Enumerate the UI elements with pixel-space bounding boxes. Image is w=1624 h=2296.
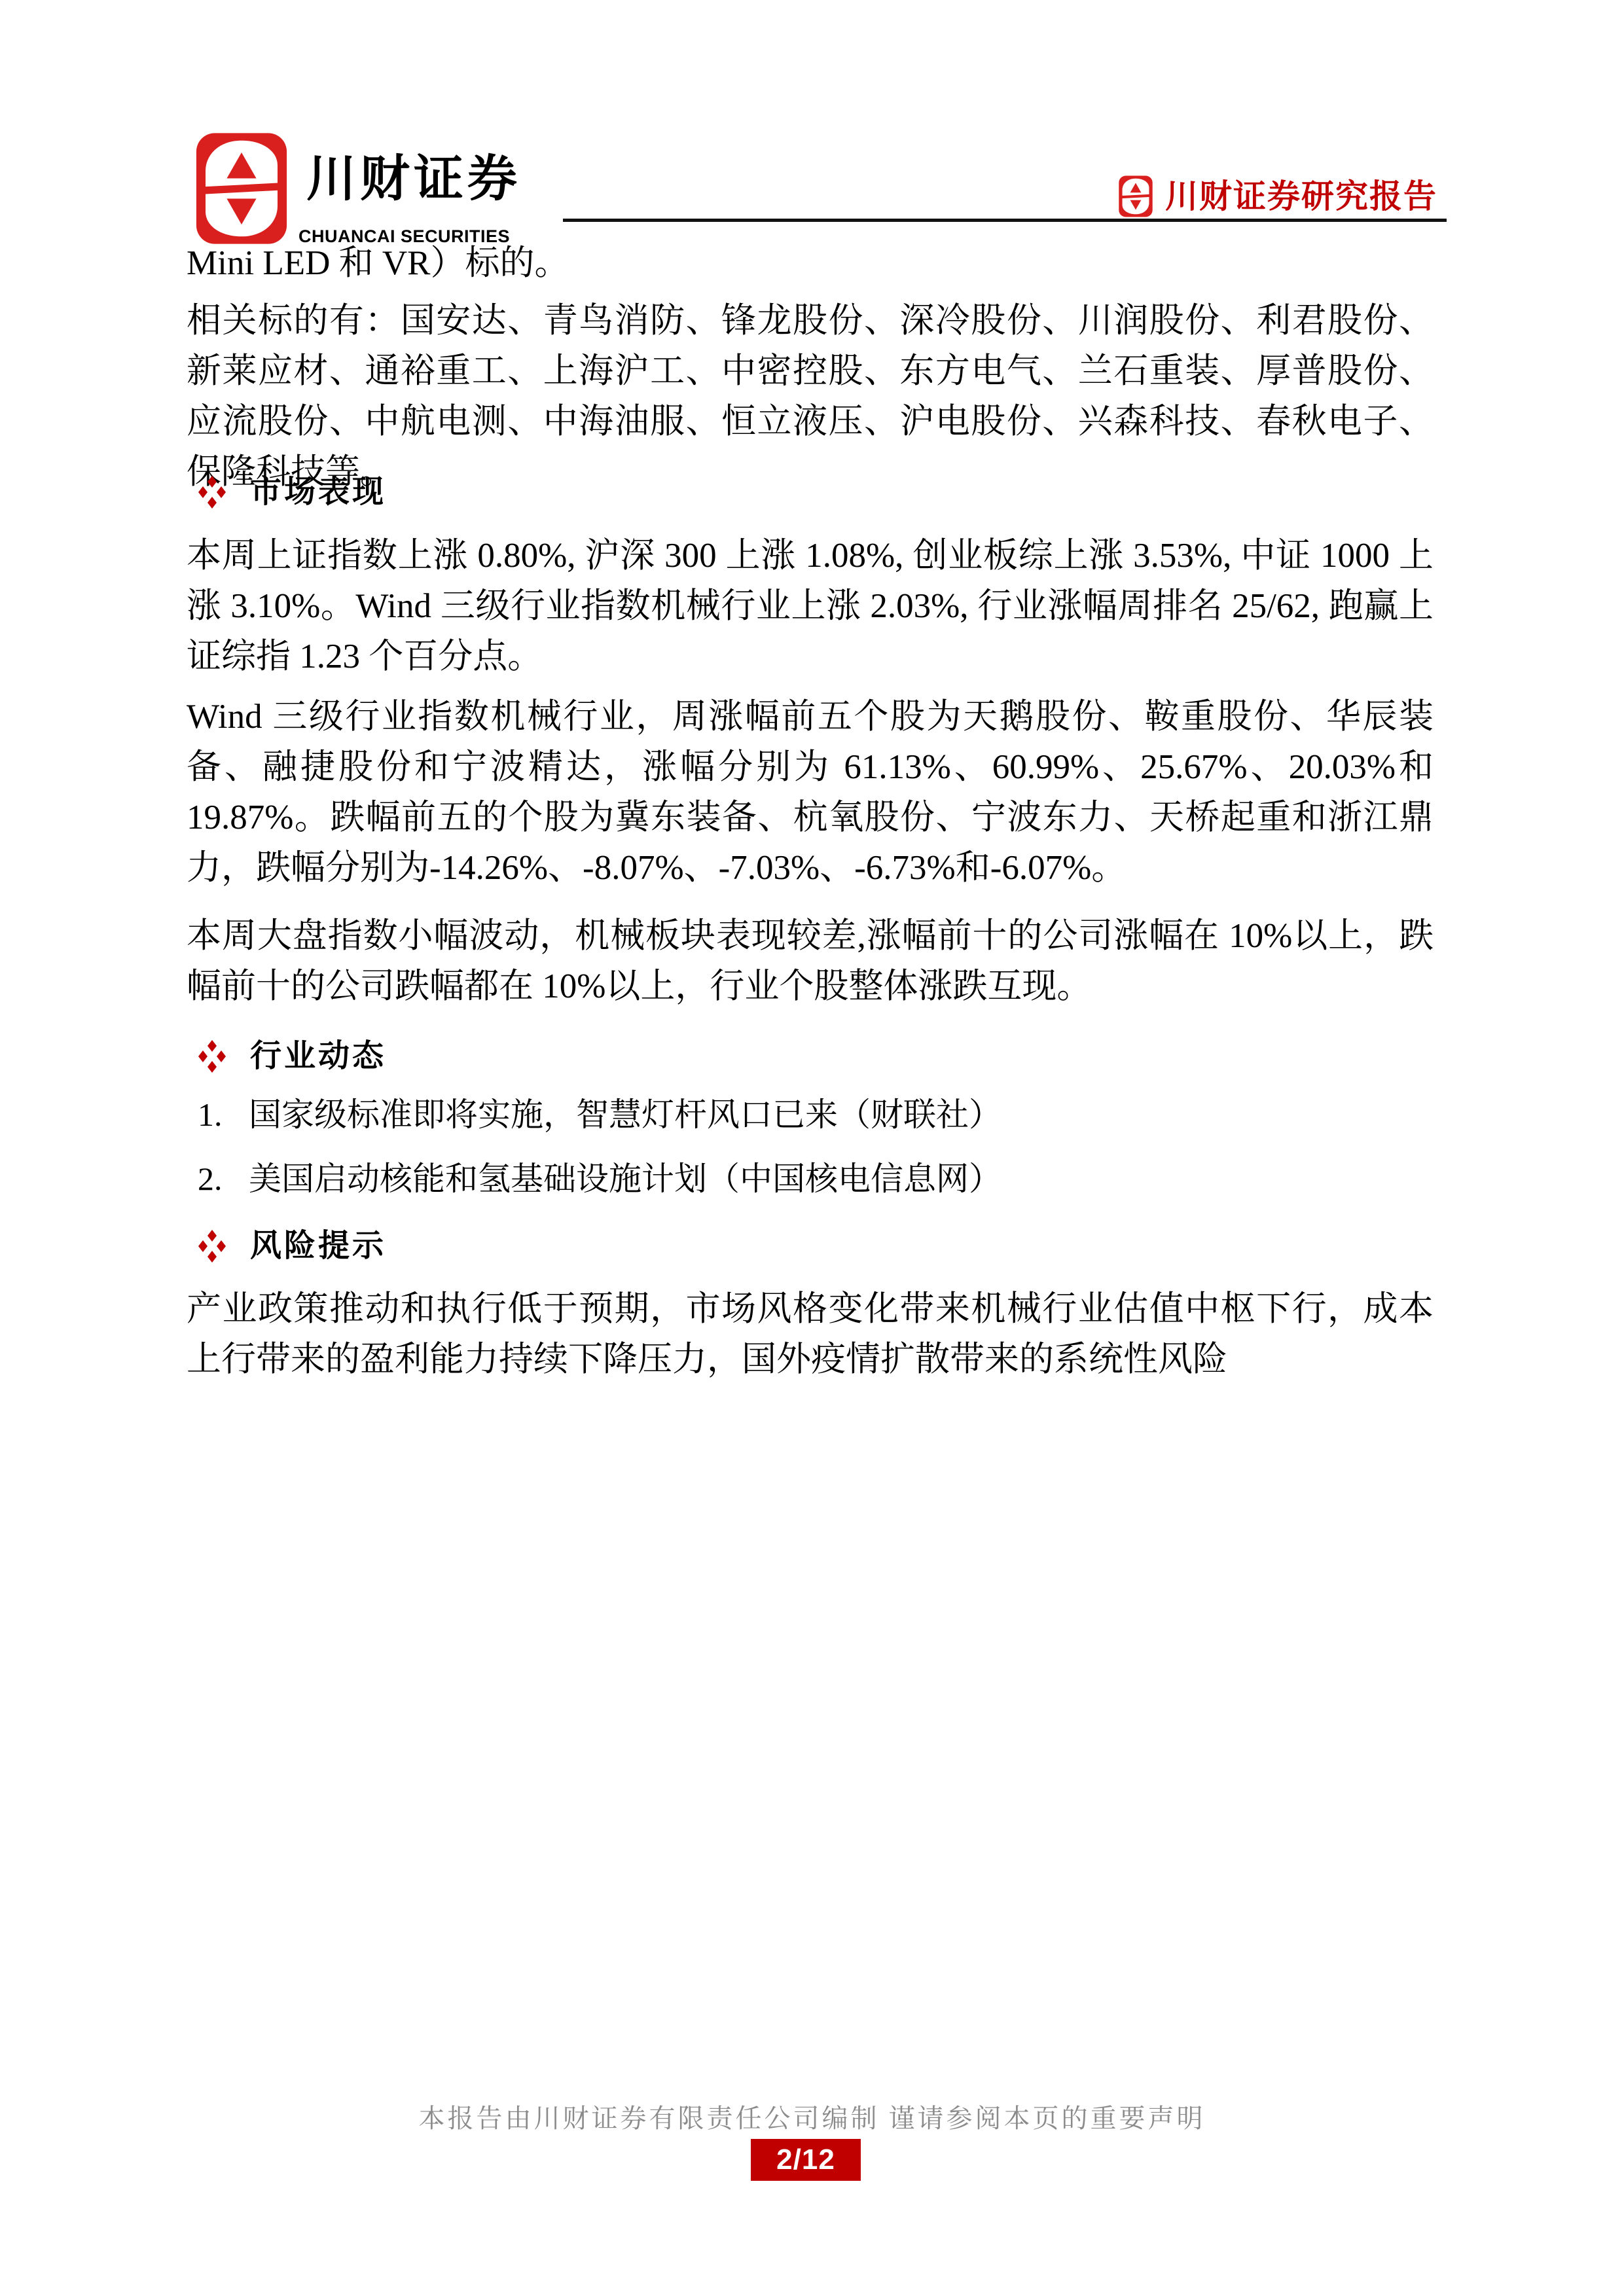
chuancai-logo-icon bbox=[195, 132, 288, 245]
list-text: 美国启动核能和氢基础设施计划（中国核电信息网） bbox=[249, 1160, 1001, 1197]
section-header-risk: 风险提示 bbox=[196, 1227, 386, 1266]
paragraph-related-targets: 相关标的有：国安达、青鸟消防、锋龙股份、深冷股份、川润股份、利君股份、新莱应材、… bbox=[187, 296, 1434, 497]
section-header-industry: 行业动态 bbox=[196, 1037, 386, 1076]
list-number: 2. bbox=[198, 1159, 249, 1198]
industry-news-item: 2.美国启动核能和氢基础设施计划（中国核电信息网） bbox=[198, 1159, 1435, 1198]
paragraph-market-summary: 本周大盘指数小幅波动，机械板块表现较差,涨幅前十的公司涨幅在 10%以上，跌幅前… bbox=[187, 911, 1434, 1012]
paragraph-market-indexes: 本周上证指数上涨 0.80%, 沪深 300 上涨 1.08%, 创业板综上涨 … bbox=[187, 531, 1434, 682]
logo-chinese-name: 川财证券 bbox=[306, 154, 521, 204]
section-title-risk: 风险提示 bbox=[250, 1230, 386, 1262]
diamond-cluster-icon bbox=[196, 473, 228, 511]
report-page: 川财证券 CHUANCAI SECURITIES 川财证券研究报告 Mini L… bbox=[0, 0, 1624, 2296]
list-text: 国家级标准即将实施，智慧灯杆风口已来（财联社） bbox=[249, 1096, 1001, 1133]
paragraph-intro-tail: Mini LED 和 VR）标的。 bbox=[187, 238, 1434, 289]
diamond-cluster-icon bbox=[196, 1037, 228, 1075]
section-title-industry: 行业动态 bbox=[250, 1041, 386, 1072]
section-header-market: 市场表现 bbox=[196, 473, 386, 512]
report-badge: 川财证券研究报告 bbox=[1117, 175, 1437, 217]
footer-disclaimer: 本报告由川财证券有限责任公司编制 谨请参阅本页的重要声明 bbox=[0, 2098, 1624, 2135]
diamond-cluster-icon bbox=[196, 1227, 228, 1265]
page-number: 2/12 bbox=[776, 2144, 835, 2176]
report-badge-label: 川财证券研究报告 bbox=[1165, 180, 1437, 213]
chuancai-mini-logo-icon bbox=[1117, 175, 1155, 217]
page-number-badge: 2/12 bbox=[751, 2139, 861, 2181]
list-number: 1. bbox=[198, 1095, 249, 1134]
header-divider bbox=[563, 219, 1447, 222]
paragraph-top-movers: Wind 三级行业指数机械行业，周涨幅前五个股为天鹅股份、鞍重股份、华辰装备、融… bbox=[187, 692, 1434, 893]
section-title-market: 市场表现 bbox=[250, 476, 386, 508]
industry-news-item: 1.国家级标准即将实施，智慧灯杆风口已来（财联社） bbox=[198, 1095, 1435, 1134]
paragraph-risk-warning: 产业政策推动和执行低于预期，市场风格变化带来机械行业估值中枢下行，成本上行带来的… bbox=[187, 1284, 1434, 1385]
